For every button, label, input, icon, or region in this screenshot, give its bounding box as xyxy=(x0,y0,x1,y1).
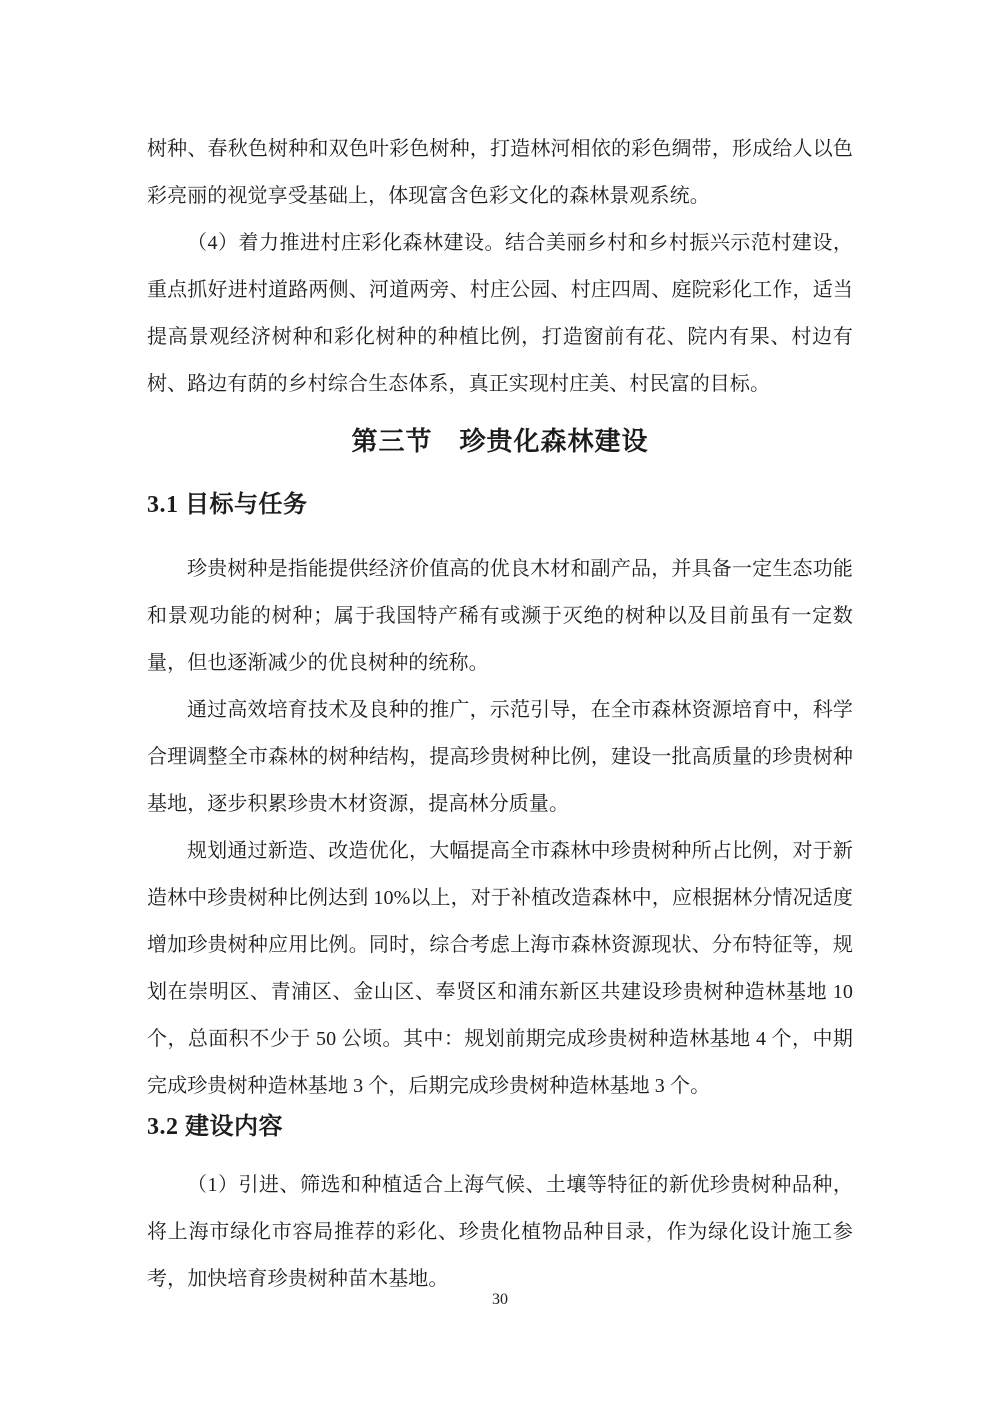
paragraph-continuation: 树种、春秋色树种和双色叶彩色树种，打造林河相依的彩色绸带，形成给人以色彩亮丽的视… xyxy=(147,126,853,220)
page-content: 树种、春秋色树种和双色叶彩色树种，打造林河相依的彩色绸带，形成给人以色彩亮丽的视… xyxy=(147,0,853,1303)
section-3-1-paragraph-2: 通过高效培育技术及良种的推广，示范引导，在全市森林资源培育中，科学合理调整全市森… xyxy=(147,687,853,828)
section-heading: 第三节 珍贵化森林建设 xyxy=(147,422,853,462)
section-3-1-paragraph-3: 规划通过新造、改造优化，大幅提高全市森林中珍贵树种所占比例，对于新造林中珍贵树种… xyxy=(147,828,853,1110)
page-number: 30 xyxy=(0,1290,1000,1310)
subsection-heading-3-2: 3.2 建设内容 xyxy=(147,1110,853,1144)
subsection-heading-3-1: 3.1 目标与任务 xyxy=(147,488,853,522)
section-3-2-paragraph-1: （1）引进、筛选和种植适合上海气候、土壤等特征的新优珍贵树种品种，将上海市绿化市… xyxy=(147,1162,853,1303)
paragraph-item4: （4）着力推进村庄彩化森林建设。结合美丽乡村和乡村振兴示范村建设，重点抓好进村道… xyxy=(147,220,853,408)
section-3-1-paragraph-1: 珍贵树种是指能提供经济价值高的优良木材和副产品，并具备一定生态功能和景观功能的树… xyxy=(147,546,853,687)
document-page: 树种、春秋色树种和双色叶彩色树种，打造林河相依的彩色绸带，形成给人以色彩亮丽的视… xyxy=(0,0,1000,1414)
